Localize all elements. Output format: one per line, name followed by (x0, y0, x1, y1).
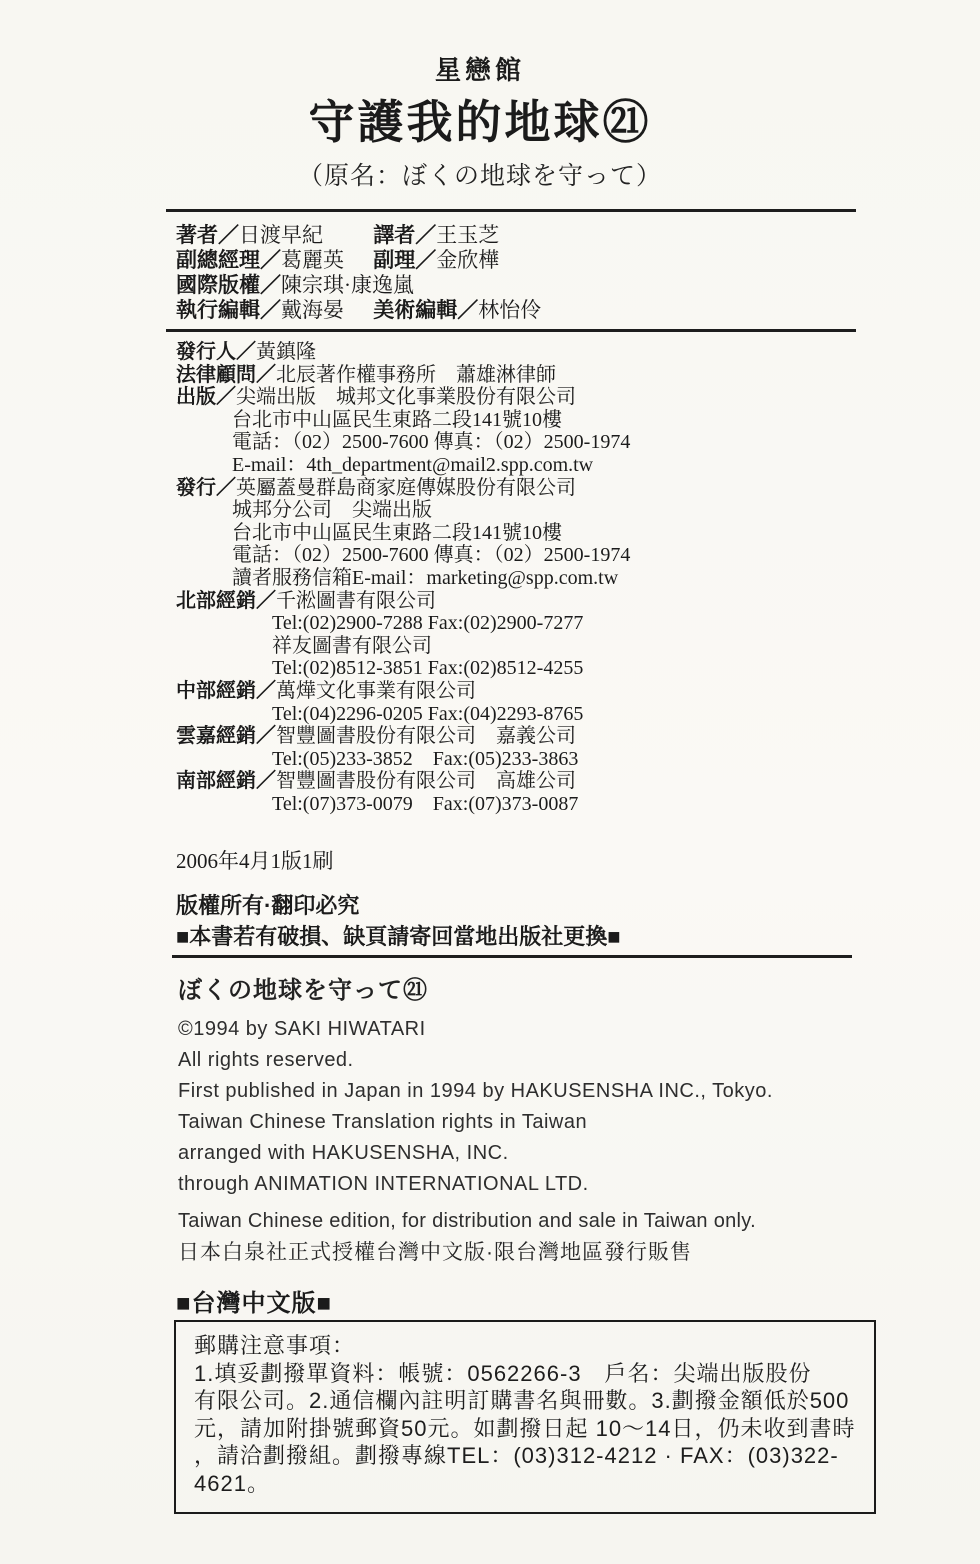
colophon-text: Tel:(05)233-3852 Fax:(05)233-3863 (272, 748, 578, 770)
colophon-text: E-mail：4th_department@mail2.spp.com.tw (232, 454, 593, 476)
staff-name: 金欣樺 (436, 248, 499, 272)
edition-note-en: Taiwan Chinese edition, for distribution… (178, 1206, 756, 1237)
printing-date: 2006年4月1版1刷 (176, 845, 334, 875)
divider-middle (166, 329, 856, 332)
colophon-line: Tel:(04)2296-0205 Fax:(04)2293-8765 (176, 703, 630, 726)
colophon-text: 千淞圖書有限公司 (276, 590, 436, 612)
colophon-line: 讀者服務信箱E-mail：marketing@spp.com.tw (176, 567, 630, 590)
colophon-line: 發行／英屬蓋曼群島商家庭傳媒股份有限公司 (176, 477, 630, 500)
staff-name: 戴海晏 (281, 298, 344, 322)
colophon-text: Tel:(02)2900-7288 Fax:(02)2900-7277 (272, 612, 583, 634)
colophon-text: 台北市中山區民生東路二段141號10樓 (232, 522, 562, 544)
mail-order-line: 有限公司。2.通信欄內註明訂購書名與冊數。3.劃撥金額低於500 (194, 1387, 856, 1415)
colophon-line: 北部經銷／千淞圖書有限公司 (176, 590, 630, 613)
colophon-line: 祥友圖書有限公司 (176, 635, 630, 658)
colophon-line: Tel:(07)373-0079 Fax:(07)373-0087 (176, 793, 630, 816)
colophon-line: 中部經銷／萬燁文化事業有限公司 (176, 680, 630, 703)
colophon-line: 南部經銷／智豐圖書股份有限公司 高雄公司 (176, 770, 630, 793)
mail-order-line: ，請洽劃撥組。劃撥專線TEL：(03)312-4212 · FAX：(03)32… (194, 1442, 856, 1470)
mail-order-box: 郵購注意事項： 1.填妥劃撥單資料：帳號：0562266-3 戶名：尖端出版股份… (174, 1320, 876, 1514)
colophon-text: 英屬蓋曼群島商家庭傳媒股份有限公司 (236, 477, 576, 499)
international-copyright-block: ぼくの地球を守って㉑ ©1994 by SAKI HIWATARI All ri… (178, 970, 773, 1200)
staff-name: 葛麗英 (281, 248, 344, 272)
colophon-text: 智豐圖書股份有限公司 高雄公司 (276, 770, 576, 792)
colophon-line: 出版／尖端出版 城邦文化事業股份有限公司 (176, 386, 630, 409)
colophon-line: Tel:(05)233-3852 Fax:(05)233-3863 (176, 748, 630, 771)
colophon-text: 台北市中山區民生東路二段141號10樓 (232, 409, 562, 431)
mail-order-line: 4621。 (194, 1470, 856, 1498)
copyright-credit-line: All rights reserved. (178, 1045, 773, 1076)
staff-row: 副總經理／葛麗英 副理／金欣樺 (176, 248, 541, 273)
staff-role-label: 副理／ (373, 249, 436, 272)
copyright-credit-line: ©1994 by SAKI HIWATARI (178, 1014, 773, 1045)
colophon-page: 星戀館 守護我的地球㉑ （原名：ぼくの地球を守って） 著者／日渡早紀 譯者／王玉… (0, 0, 980, 1564)
colophon-text: 城邦分公司 尖端出版 (232, 499, 432, 521)
colophon-line: Tel:(02)8512-3851 Fax:(02)8512-4255 (176, 657, 630, 680)
series-name: 星戀館 (0, 50, 960, 87)
staff-name: 林怡伶 (478, 298, 541, 322)
colophon-label: 法律顧問／ (176, 364, 276, 386)
staff-role-label: 執行編輯／ (176, 299, 281, 322)
staff-row: 執行編輯／戴海晏 美術編輯／林怡伶 (176, 298, 541, 323)
edition-note-zh: 日本白泉社正式授權台灣中文版·限台灣地區發行販售 (178, 1237, 756, 1268)
colophon-text: 電話：（02）2500-7600 傳真：（02）2500-1974 (232, 544, 630, 566)
colophon-label: 南部經銷／ (176, 770, 276, 792)
staff-row: 著者／日渡早紀 譯者／王玉芝 (176, 223, 541, 248)
staff-name: 陳宗琪·康逸嵐 (281, 273, 414, 297)
colophon-line: 法律顧問／北辰著作權事務所 蕭雄淋律師 (176, 364, 630, 387)
colophon-line: 台北市中山區民生東路二段141號10樓 (176, 409, 630, 432)
staff-role-label: 美術編輯／ (373, 299, 478, 322)
colophon-label: 中部經銷／ (176, 680, 276, 702)
colophon-label: 發行／ (176, 477, 236, 499)
colophon-line: 電話：（02）2500-7600 傳真：（02）2500-1974 (176, 431, 630, 454)
colophon-text: 電話：（02）2500-7600 傳真：（02）2500-1974 (232, 431, 630, 453)
colophon-text: 萬燁文化事業有限公司 (276, 680, 476, 702)
edition-note: Taiwan Chinese edition, for distribution… (178, 1206, 756, 1268)
colophon-line: 雲嘉經銷／智豐圖書股份有限公司 嘉義公司 (176, 725, 630, 748)
colophon-text: 黃鎮隆 (256, 341, 316, 363)
colophon-line: 城邦分公司 尖端出版 (176, 499, 630, 522)
colophon-line: Tel:(02)2900-7288 Fax:(02)2900-7277 (176, 612, 630, 635)
staff-name: 王玉芝 (436, 223, 499, 247)
taiwan-edition-badge: ■台灣中文版■ (176, 1283, 332, 1318)
divider-top (166, 209, 856, 212)
copyright-credit-line: arranged with HAKUSENSHA, INC. (178, 1138, 773, 1169)
divider-copyright (172, 955, 852, 958)
colophon-label: 發行人／ (176, 341, 256, 363)
colophon-line: 發行人／黃鎮隆 (176, 341, 630, 364)
colophon-line: E-mail：4th_department@mail2.spp.com.tw (176, 454, 630, 477)
staff-role-label: 國際版權／ (176, 274, 281, 297)
staff-role-label: 副總經理／ (176, 249, 281, 272)
staff-role-label: 著者／ (176, 224, 239, 247)
mail-order-line: 1.填妥劃撥單資料：帳號：0562266-3 戶名：尖端出版股份 (194, 1360, 856, 1388)
colophon-label: 北部經銷／ (176, 590, 276, 612)
staff-name: 日渡早紀 (239, 223, 323, 247)
colophon-text: 讀者服務信箱E-mail：marketing@spp.com.tw (232, 567, 618, 589)
staff-row: 國際版權／陳宗琪·康逸嵐 (176, 273, 541, 298)
japanese-title: ぼくの地球を守って㉑ (178, 970, 773, 1005)
staff-role-label: 譯者／ (373, 224, 436, 247)
colophon-label: 雲嘉經銷／ (176, 725, 276, 747)
copyright-credit-line: through ANIMATION INTERNATIONAL LTD. (178, 1169, 773, 1200)
colophon-text: Tel:(07)373-0079 Fax:(07)373-0087 (272, 793, 578, 815)
colophon-text: 尖端出版 城邦文化事業股份有限公司 (236, 386, 576, 408)
colophon-line: 電話：（02）2500-7600 傳真：（02）2500-1974 (176, 544, 630, 567)
mail-order-heading: 郵購注意事項： (194, 1332, 856, 1360)
book-title: 守護我的地球㉑ (0, 86, 960, 152)
copyright-line: 版權所有·翻印必究 (176, 890, 621, 921)
mail-order-line: 元，請加附掛號郵資50元。如劃撥日起 10～14日，仍未收到書時 (194, 1415, 856, 1443)
colophon-line: 台北市中山區民生東路二段141號10樓 (176, 522, 630, 545)
colophon-text: Tel:(04)2296-0205 Fax:(04)2293-8765 (272, 703, 583, 725)
original-title: （原名：ぼくの地球を守って） (0, 156, 960, 192)
colophon-text: 智豐圖書股份有限公司 嘉義公司 (276, 725, 576, 747)
damage-notice-line: ■本書若有破損、缺頁請寄回當地出版社更換■ (176, 921, 621, 952)
publisher-colophon: 發行人／黃鎮隆 法律顧問／北辰著作權事務所 蕭雄淋律師 出版／尖端出版 城邦文化… (176, 341, 630, 815)
colophon-text: 北辰著作權事務所 蕭雄淋律師 (276, 364, 556, 386)
colophon-label: 出版／ (176, 386, 236, 408)
copyright-credit-line: First published in Japan in 1994 by HAKU… (178, 1076, 773, 1107)
staff-credits: 著者／日渡早紀 譯者／王玉芝 副總經理／葛麗英 副理／金欣樺 國際版權／陳宗琪·… (176, 223, 541, 323)
colophon-text: Tel:(02)8512-3851 Fax:(02)8512-4255 (272, 657, 583, 679)
rights-notice: 版權所有·翻印必究 ■本書若有破損、缺頁請寄回當地出版社更換■ (176, 890, 621, 952)
colophon-text: 祥友圖書有限公司 (272, 635, 432, 657)
copyright-credit-line: Taiwan Chinese Translation rights in Tai… (178, 1107, 773, 1138)
